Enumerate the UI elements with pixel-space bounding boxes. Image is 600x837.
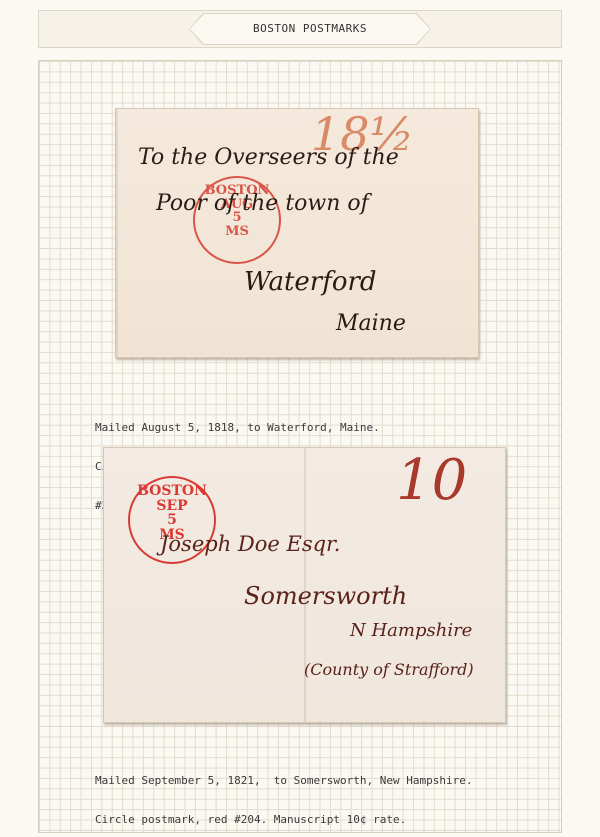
cover-2-address-line-1: Joseph Doe Esqr.: [160, 532, 340, 556]
caption-line: Circle postmark, red #204. Manuscript 10…: [95, 813, 473, 826]
cover-2-image: BOSTON SEP 5 MS 10 Joseph Doe Esqr. Some…: [103, 447, 506, 723]
cover-1-address-line-1: To the Overseers of the: [138, 145, 399, 170]
postmark-day: 5: [130, 513, 214, 528]
postmark-month: SEP: [130, 499, 214, 514]
postmark-town: BOSTON: [130, 484, 214, 499]
cover-1-address-line-2: Poor of the town of: [156, 191, 369, 216]
cover-1-image: BOSTON AUG 5 MS 18½ To the Overseers of …: [115, 108, 479, 358]
cover-2-address-line-2: Somersworth: [244, 582, 407, 610]
caption-line: Mailed September 5, 1821, to Somersworth…: [95, 774, 473, 787]
cover-2-rate-marking: 10: [396, 448, 467, 513]
fold-line: [116, 109, 118, 357]
page-title: BOSTON POSTMARKS: [190, 14, 430, 44]
cover-2-address-line-3: N Hampshire: [350, 620, 472, 641]
cover-1-postmark: BOSTON AUG 5 MS: [193, 176, 281, 264]
cover-2-caption: Mailed September 5, 1821, to Somersworth…: [95, 748, 473, 837]
cover-2-address-line-4: (County of Strafford): [304, 660, 474, 679]
cover-1-address-line-4: Maine: [336, 311, 406, 336]
postmark-state: MS: [195, 225, 279, 239]
cover-1-address-line-3: Waterford: [244, 267, 377, 297]
caption-line: Mailed August 5, 1818, to Waterford, Mai…: [95, 421, 413, 434]
